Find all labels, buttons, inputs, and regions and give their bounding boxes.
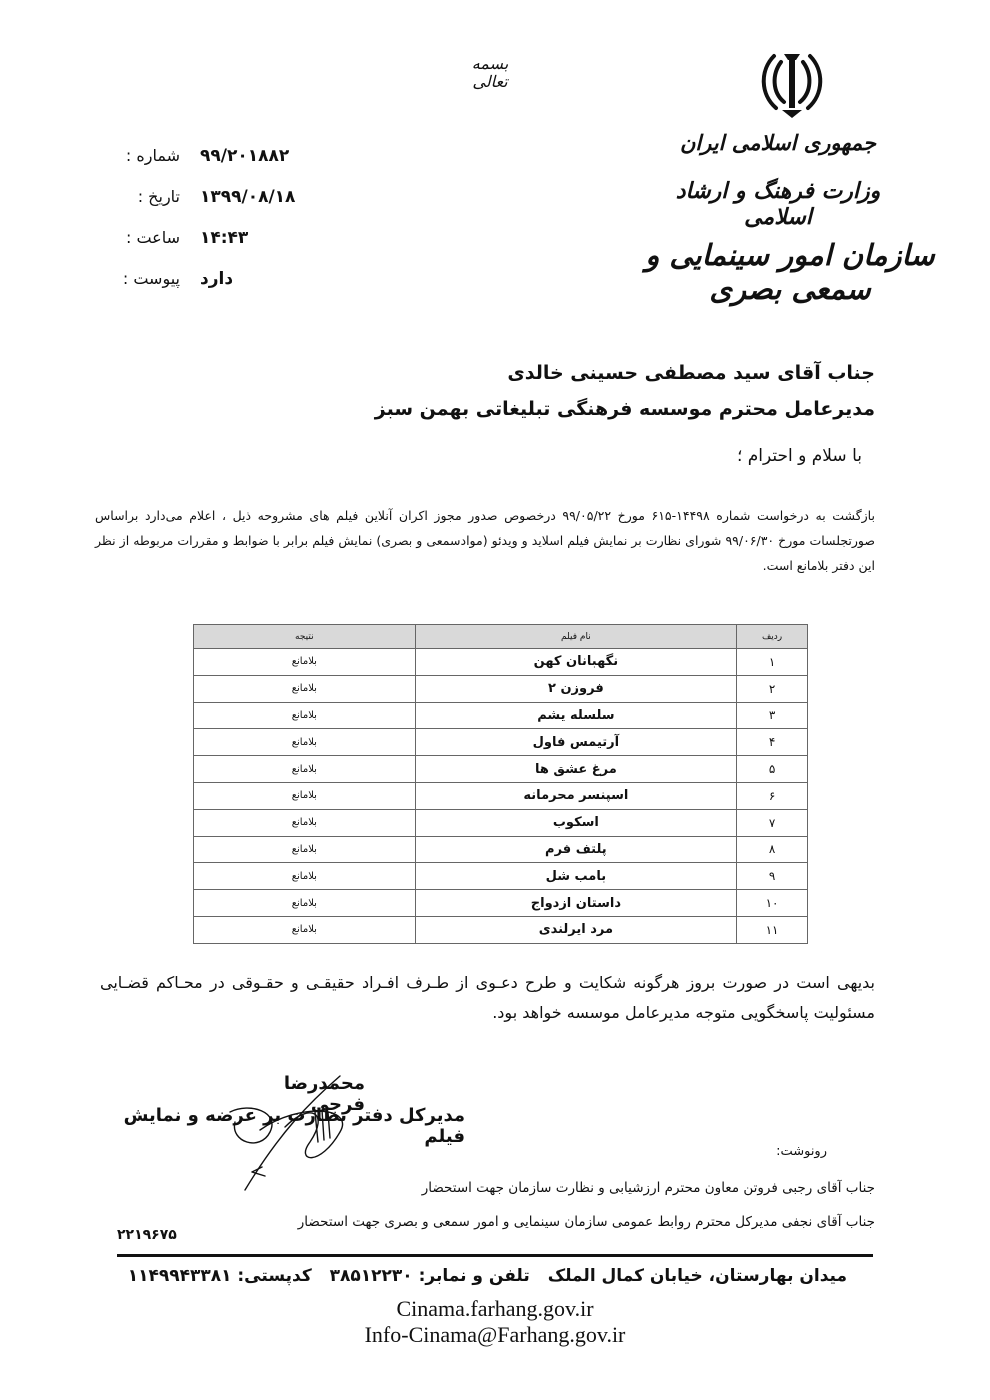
header-index: ردیف [737, 625, 808, 649]
films-table: ردیف نام فیلم نتیجه ۱ نگهبانان کهن بلاما… [193, 624, 808, 944]
table-row: ۳ سلسله یشم بلامانع [194, 702, 808, 729]
addressee-name: جناب آقای سید مصطفی حسینی خالدی [275, 355, 875, 391]
meta-time-value: ۱۴:۴۳ [180, 228, 310, 248]
row-film-name: اسپنسر محرمانه [415, 782, 736, 809]
org-organization: سازمان امور سینمایی و سمعی بصری [630, 238, 950, 306]
table-row: ۷ اسکوب بلامانع [194, 809, 808, 836]
addressee-title: مدیرعامل محترم موسسه فرهنگی تبلیغاتی بهم… [275, 391, 875, 427]
meta-time: ساعت : ۱۴:۴۳ [100, 217, 310, 258]
row-film-name: فروزن ۲ [415, 675, 736, 702]
row-index: ۳ [737, 702, 808, 729]
footer-address-line: میدان بهارستان، خیابان کمال الملک تلفن و… [135, 1266, 847, 1286]
row-index: ۶ [737, 782, 808, 809]
row-result: بلامانع [194, 836, 416, 863]
addressee: جناب آقای سید مصطفی حسینی خالدی مدیرعامل… [275, 355, 875, 427]
table-row: ۹ بامب شل بلامانع [194, 863, 808, 890]
table-row: ۵ مرغ عشق ها بلامانع [194, 756, 808, 783]
row-index: ۷ [737, 809, 808, 836]
footer-email-link[interactable]: Info-Cinama@Farhang.gov.ir [300, 1322, 690, 1348]
row-film-name: نگهبانان کهن [415, 649, 736, 676]
row-result: بلامانع [194, 890, 416, 917]
greeting: با سلام و احترام ؛ [737, 446, 862, 466]
row-index: ۲ [737, 675, 808, 702]
footer-divider [117, 1254, 873, 1257]
footer-website-link[interactable]: Cinama.farhang.gov.ir [300, 1296, 690, 1322]
row-result: بلامانع [194, 916, 416, 943]
iran-emblem-icon [752, 48, 832, 120]
row-index: ۱ [737, 649, 808, 676]
table-row: ۱۰ داستان ازدواج بلامانع [194, 890, 808, 917]
row-result: بلامانع [194, 729, 416, 756]
meta-time-label: ساعت : [100, 228, 180, 247]
meta-attachment-value: دارد [180, 269, 310, 289]
table-header-row: ردیف نام فیلم نتیجه [194, 625, 808, 649]
meta-number-value: ۹۹/۲۰۱۸۸۲ [180, 146, 310, 166]
row-film-name: اسکوب [415, 809, 736, 836]
letter-meta: شماره : ۹۹/۲۰۱۸۸۲ تاریخ : ۱۳۹۹/۰۸/۱۸ ساع… [100, 135, 310, 299]
cc-item: جناب آقای نجفی مدیرکل محترم روابط عمومی … [235, 1205, 875, 1239]
table-row: ۸ پلتف فرم بلامانع [194, 836, 808, 863]
row-film-name: مرغ عشق ها [415, 756, 736, 783]
footer-contact: Cinama.farhang.gov.ir Info-Cinama@Farhan… [300, 1296, 690, 1348]
meta-number-label: شماره : [100, 146, 180, 165]
row-film-name: داستان ازدواج [415, 890, 736, 917]
cc-item: جناب آقای رجبی فروتن معاون محترم ارزشیاب… [235, 1171, 875, 1205]
footer-address: میدان بهارستان، خیابان کمال الملک [548, 1266, 847, 1286]
row-result: بلامانع [194, 809, 416, 836]
closing-paragraph: بدیهی است در صورت بروز هرگونه شکایت و طر… [100, 968, 875, 1028]
row-film-name: مرد ایرلندی [415, 916, 736, 943]
row-result: بلامانع [194, 675, 416, 702]
row-film-name: آرتیمس فاول [415, 729, 736, 756]
signer-title: مدیرکل دفتر نظارت بر عرضه و نمایش فیلم [120, 1105, 465, 1147]
table-row: ۱۱ مرد ایرلندی بلامانع [194, 916, 808, 943]
row-index: ۱۱ [737, 916, 808, 943]
row-index: ۸ [737, 836, 808, 863]
table-row: ۲ فروزن ۲ بلامانع [194, 675, 808, 702]
org-ministry: وزارت فرهنگ و ارشاد اسلامی [648, 178, 908, 230]
row-result: بلامانع [194, 782, 416, 809]
meta-date-value: ۱۳۹۹/۰۸/۱۸ [180, 187, 310, 207]
table-row: ۴ آرتیمس فاول بلامانع [194, 729, 808, 756]
intro-paragraph: بازگشت به درخواست شماره ۱۴۴۹۸-۶۱۵ مورخ ۹… [95, 503, 875, 578]
meta-number: شماره : ۹۹/۲۰۱۸۸۲ [100, 135, 310, 176]
row-result: بلامانع [194, 863, 416, 890]
row-result: بلامانع [194, 756, 416, 783]
cc-list: جناب آقای رجبی فروتن معاون محترم ارزشیاب… [235, 1171, 875, 1239]
meta-date-label: تاریخ : [100, 187, 180, 206]
meta-attachment-label: پیوست : [100, 269, 180, 288]
row-film-name: سلسله یشم [415, 702, 736, 729]
row-index: ۱۰ [737, 890, 808, 917]
row-film-name: پلتف فرم [415, 836, 736, 863]
row-index: ۹ [737, 863, 808, 890]
row-index: ۵ [737, 756, 808, 783]
cc-label: رونوشت: [776, 1144, 827, 1159]
document-code: ۲۲۱۹۶۷۵ [117, 1227, 177, 1243]
header-result: نتیجه [194, 625, 416, 649]
footer-phone: تلفن و نمابر: ۳۸۵۱۲۲۳۰ [330, 1266, 530, 1286]
meta-attachment: پیوست : دارد [100, 258, 310, 299]
meta-date: تاریخ : ۱۳۹۹/۰۸/۱۸ [100, 176, 310, 217]
table-row: ۶ اسپنسر محرمانه بلامانع [194, 782, 808, 809]
row-result: بلامانع [194, 702, 416, 729]
row-index: ۴ [737, 729, 808, 756]
row-result: بلامانع [194, 649, 416, 676]
header-film-name: نام فیلم [415, 625, 736, 649]
footer-postal-code: کدپستی: ۱۱۴۹۹۴۳۳۸۱ [128, 1266, 312, 1286]
basmala: بسمه تعالی [455, 55, 525, 91]
row-film-name: بامب شل [415, 863, 736, 890]
table-row: ۱ نگهبانان کهن بلامانع [194, 649, 808, 676]
org-country: جمهوری اسلامی ایران [628, 130, 928, 155]
